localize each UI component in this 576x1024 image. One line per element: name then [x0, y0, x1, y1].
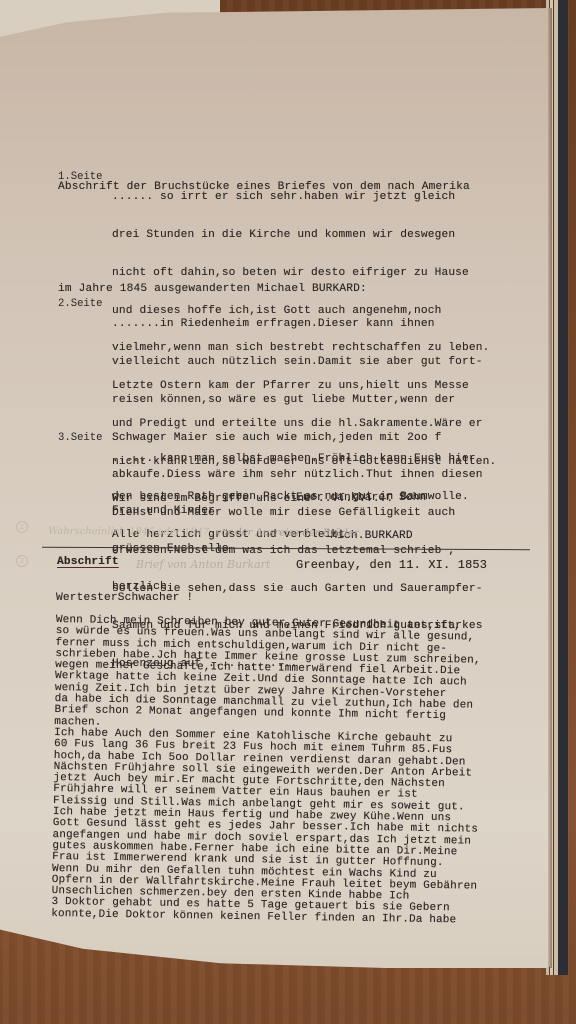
text-line: .......in Riedenheim erfragen.Dieser kan… — [112, 318, 483, 331]
second-letter-title: Abschrift — [57, 556, 119, 569]
text-line: ...... so irrt er sich sehr.haben wir je… — [112, 191, 496, 204]
pencil-annotation-date: Wahrscheinlich 1846 oder 1847, vor der A… — [48, 526, 359, 539]
text-line: drei Stunden in die Kirche und kommen wi… — [112, 229, 496, 242]
fragment-label-1: 1.Seite — [58, 171, 103, 183]
text-line: reisen können,so wäre es gut liebe Mutte… — [112, 394, 483, 407]
fragment-label-2: 2.Seite — [58, 298, 103, 310]
pencil-annotation-text: , vor der Ausreise der Brüder — [209, 527, 358, 539]
text-line: Euer dankbarer Sohn — [296, 492, 426, 505]
pencil-annotation-author: Brief von Anton Burkart — [136, 558, 270, 571]
letter-salutation: WertesterSchwacher ! — [56, 592, 193, 605]
text-line: vielleicht auch nützlich sein.Damit sie … — [112, 356, 483, 369]
text-line: grüssen Euch alle — [112, 543, 229, 556]
pencil-annotation-faint: Wahrscheinlich 1846 oder 1847 — [48, 526, 209, 538]
margin-circle-mark-2: 2 — [16, 555, 28, 567]
signoff-signature: Euer dankbarer Sohn Mich.BURKARD — [296, 467, 426, 568]
text-line: .......kann man selbst machen.Fröhlich k… — [112, 453, 476, 466]
letter-dateline: Greenbay, den 11. XI. 1853 — [296, 559, 487, 572]
fragment-label-3: 3.Seite — [58, 432, 103, 444]
margin-circle-mark-1: 1 — [16, 521, 28, 533]
text-line: nicht oft dahin,so beten wir desto eifri… — [112, 267, 496, 280]
text-line: Frau und Kinder — [112, 505, 229, 518]
typewritten-page: Abschrift der Bruchstücke eines Briefes … — [0, 8, 552, 968]
letter-body: Wenn Dich mein Schreiben bey guter,Guter… — [51, 615, 481, 927]
